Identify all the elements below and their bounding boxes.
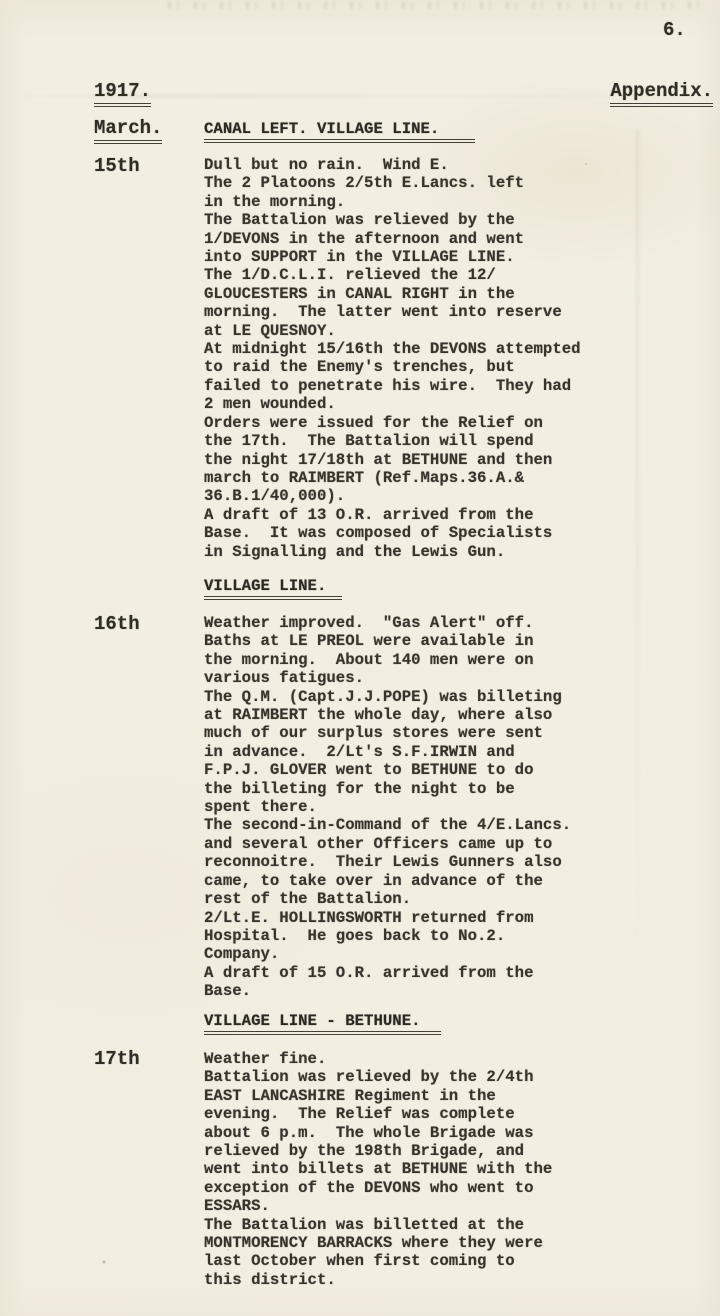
war-diary-scanned-page: 6. 1917. Appendix. March. CANAL LEFT. VI… — [0, 0, 720, 1316]
entry-body-17th: Weather fine. Battalion was relieved by … — [204, 1050, 552, 1289]
month-label: March. — [94, 117, 162, 144]
scan-artifact-fold-line — [636, 130, 639, 1010]
appendix-label: Appendix. — [610, 80, 713, 107]
entry-heading-canal-left-village-line: CANAL LEFT. VILLAGE LINE. — [204, 120, 475, 143]
entry-heading-village-line-bethune: VILLAGE LINE - BETHUNE. — [204, 1012, 441, 1035]
entry-date-17th: 17th — [94, 1048, 140, 1070]
entry-heading-text: VILLAGE LINE. — [204, 577, 342, 600]
entry-heading-text: VILLAGE LINE - BETHUNE. — [204, 1012, 441, 1035]
month-text: March. — [94, 117, 162, 144]
year-text: 1917. — [94, 80, 151, 107]
entry-date-16th: 16th — [94, 613, 140, 635]
page-number: 6. — [663, 19, 686, 41]
entry-body-16th: Weather improved. "Gas Alert" off. Baths… — [204, 614, 571, 1001]
year-label: 1917. — [94, 80, 151, 107]
scan-artifact-top-bleed — [168, 2, 713, 9]
entry-date-15th: 15th — [94, 155, 140, 177]
entry-body-15th: Dull but no rain. Wind E. The 2 Platoons… — [204, 156, 581, 561]
entry-heading-text: CANAL LEFT. VILLAGE LINE. — [204, 120, 475, 143]
entry-heading-village-line: VILLAGE LINE. — [204, 577, 342, 600]
appendix-text: Appendix. — [610, 80, 713, 107]
